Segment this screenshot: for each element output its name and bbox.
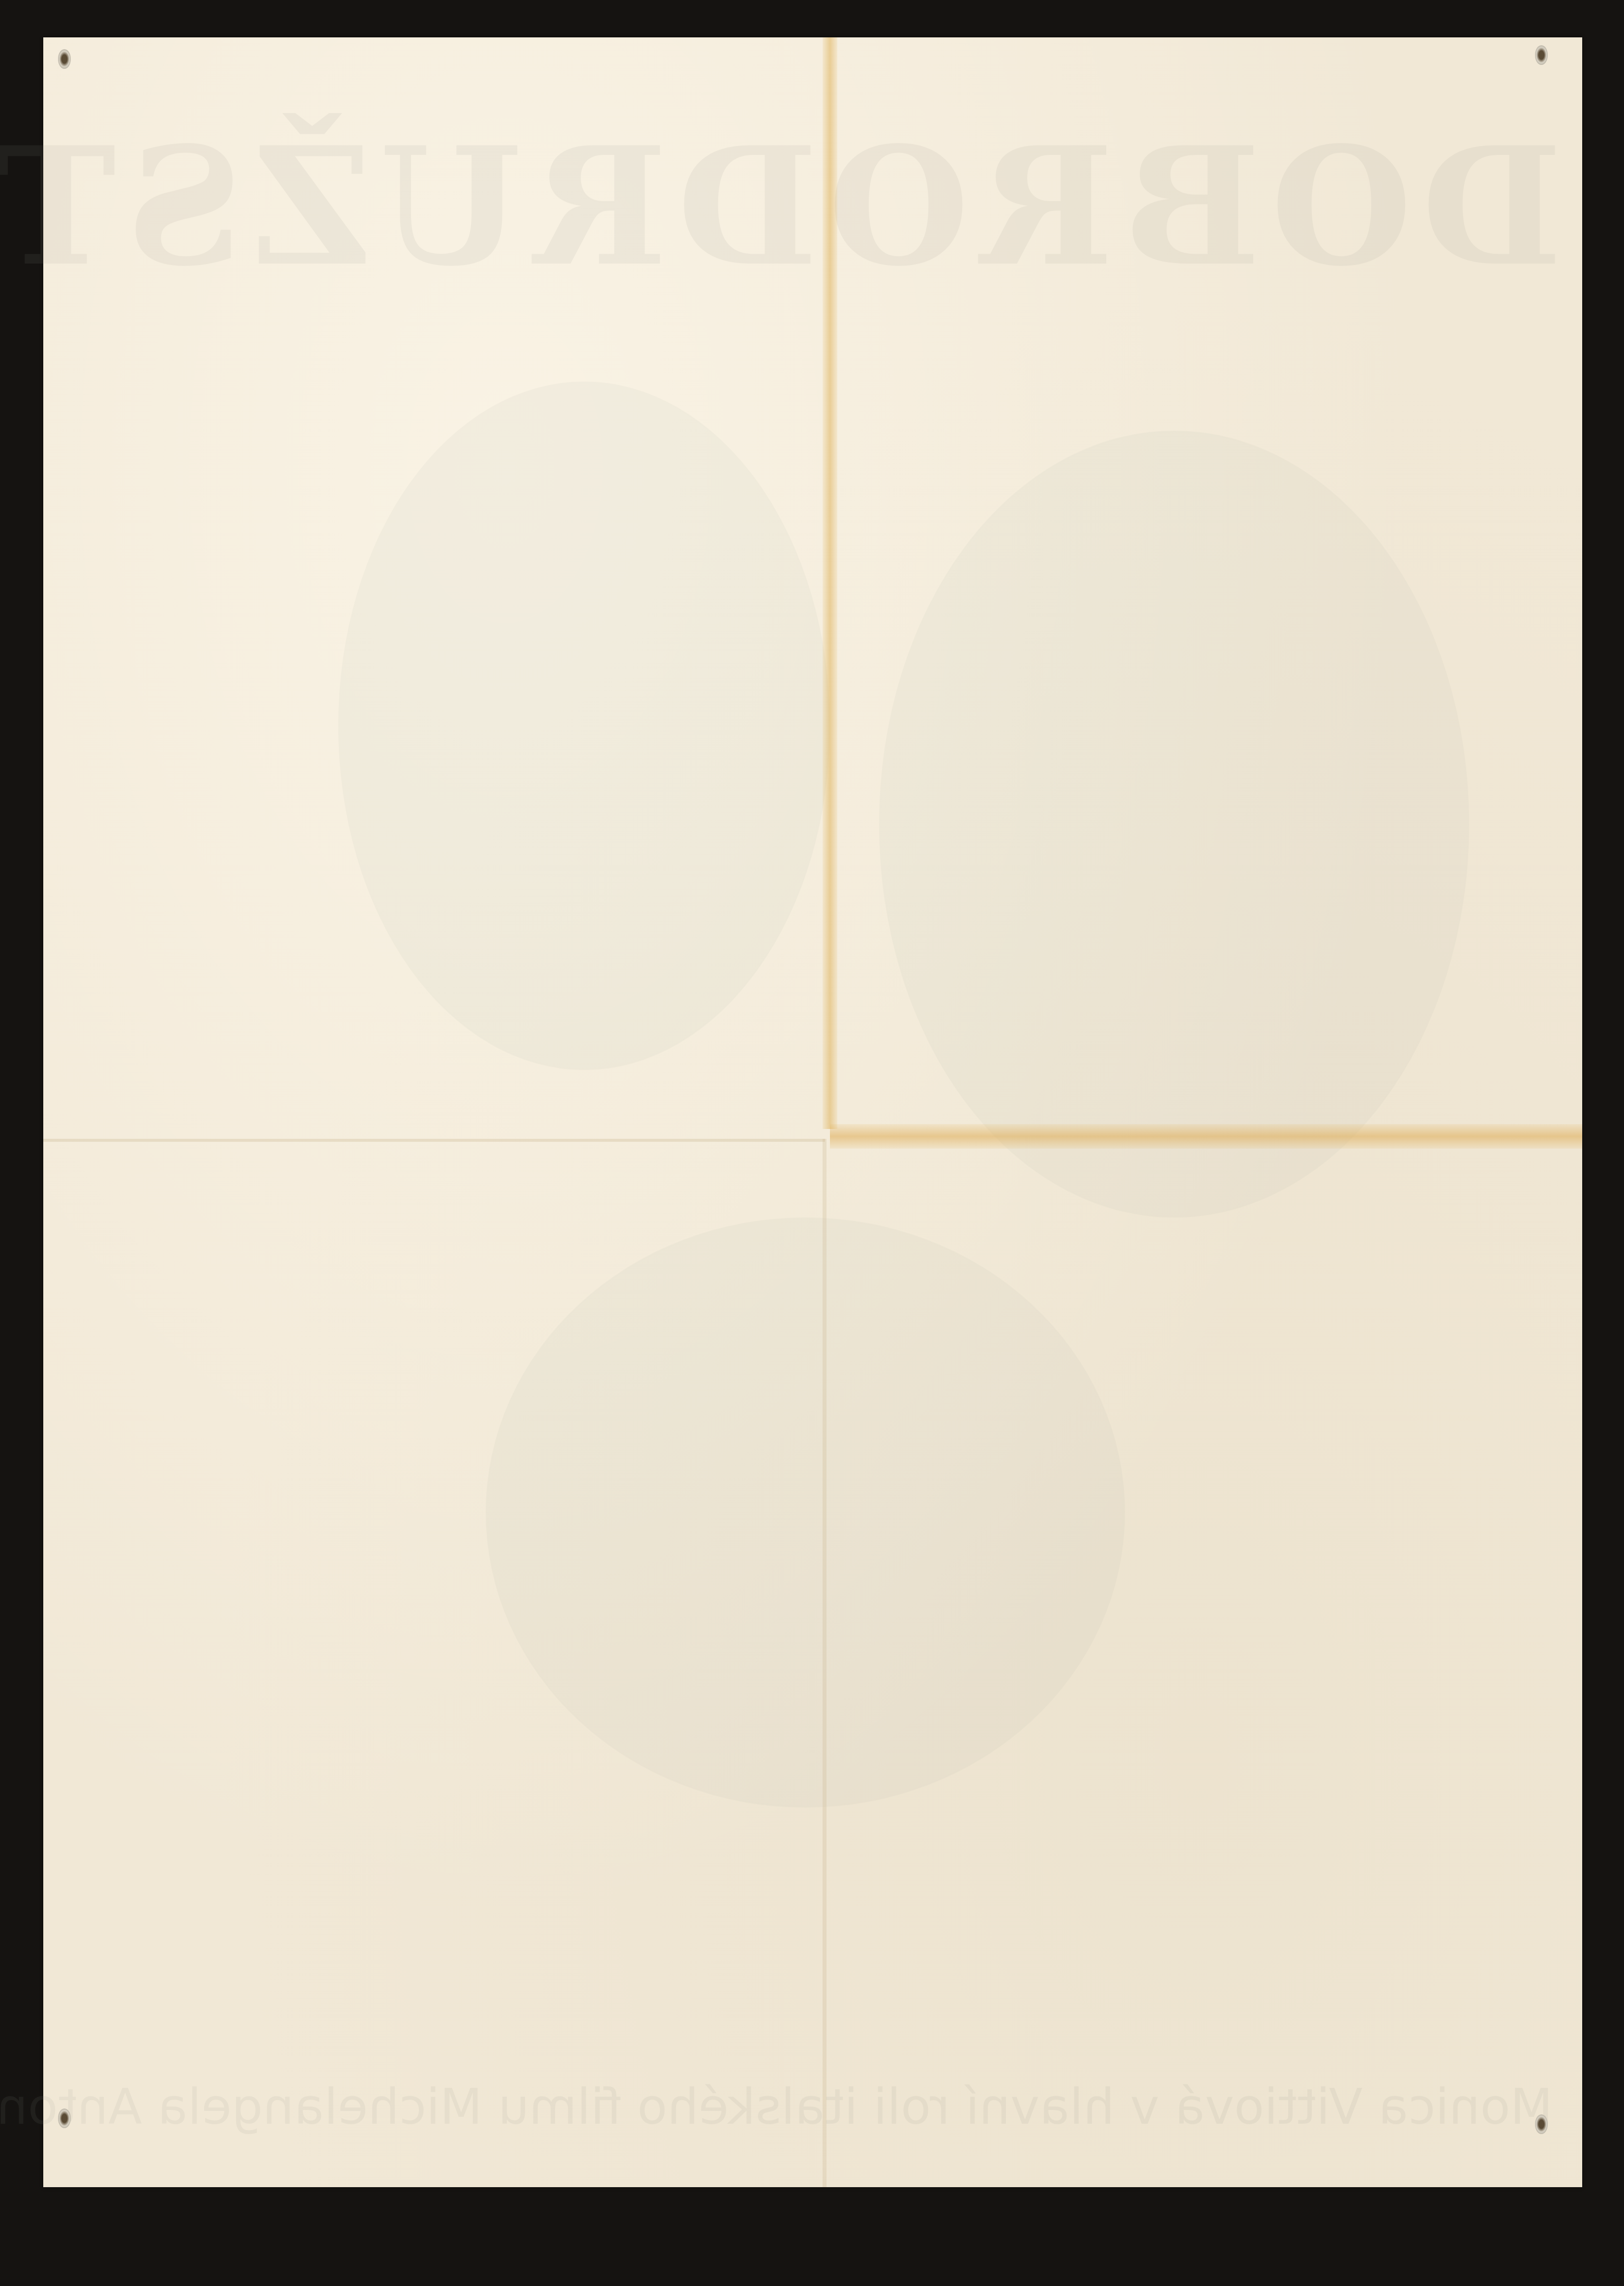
pin-icon: [58, 49, 71, 69]
mirrored-headline: DOBRODRUŽSTVÍ: [63, 111, 1563, 302]
fold-crease-horizontal-stained: [830, 1124, 1582, 1149]
show-through-figure: [338, 382, 830, 1070]
fold-crease-vertical-stained: [823, 37, 837, 1129]
pin-icon: [58, 2108, 71, 2128]
pin-icon: [1535, 45, 1548, 65]
show-through-figure: [879, 431, 1469, 1217]
show-through-figure: [486, 1217, 1125, 1808]
fold-crease-vertical: [823, 1139, 827, 2187]
pin-icon: [1535, 2114, 1548, 2134]
mirrored-caption: Monica Vittiová v hlavní roli italského …: [73, 2078, 1553, 2136]
poster-paper-back: DOBRODRUŽSTVÍ Monica Vittiová v hlavní r…: [43, 37, 1582, 2187]
fold-crease-horizontal: [43, 1139, 825, 1142]
